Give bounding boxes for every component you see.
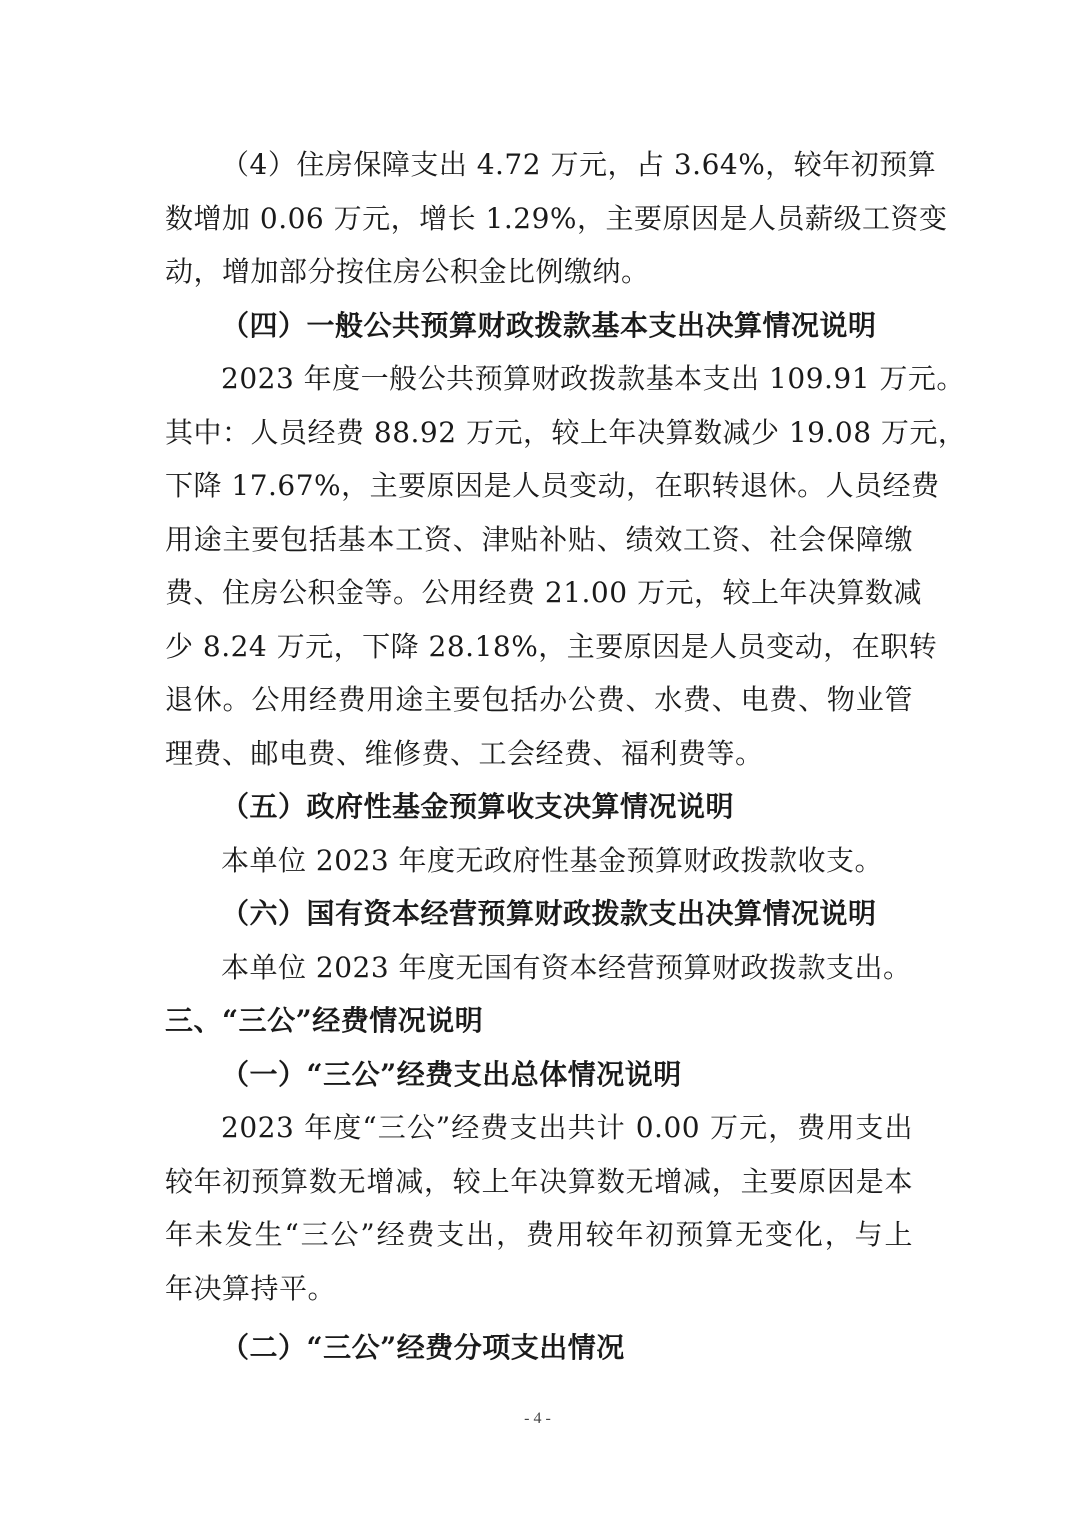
paragraph-three-public-overall: 2023 年度“三公”经费支出共计 0.00 万元，费用支出 较年初预算数无增减…: [165, 1101, 913, 1315]
text-line: 费、住房公积金等。公用经费 21.00 万元，较上年决算数减: [165, 566, 913, 620]
text-line: 下降 17.67%，主要原因是人员变动，在职转退休。人员经费: [165, 459, 913, 513]
text-line: 本单位 2023 年度无国有资本经营预算财政拨款支出。: [165, 941, 913, 995]
section-heading-three-public: 三、“三公”经费情况说明: [165, 994, 913, 1048]
text-line: 理费、邮电费、维修费、工会经费、福利费等。: [165, 727, 913, 781]
text-line: 少 8.24 万元，下降 28.18%，主要原因是人员变动，在职转: [165, 620, 913, 674]
paragraph-state-capital: 本单位 2023 年度无国有资本经营预算财政拨款支出。: [165, 941, 913, 995]
text-line: 其中：人员经费 88.92 万元，较上年决算数减少 19.08 万元，: [165, 406, 913, 460]
text-line: 退休。公用经费用途主要包括办公费、水费、电费、物业管: [165, 673, 913, 727]
text-line: （4）住房保障支出 4.72 万元，占 3.64%，较年初预算: [165, 138, 913, 192]
page-number: - 4 -: [0, 1410, 1075, 1428]
paragraph-housing-expenditure: （4）住房保障支出 4.72 万元，占 3.64%，较年初预算 数增加 0.06…: [165, 138, 913, 299]
text-line: 本单位 2023 年度无政府性基金预算财政拨款收支。: [165, 834, 913, 888]
text-line: 用途主要包括基本工资、津贴补贴、绩效工资、社会保障缴: [165, 513, 913, 567]
text-line: 年未发生“三公”经费支出，费用较年初预算无变化，与上: [165, 1208, 913, 1262]
subheading-state-capital: （六）国有资本经营预算财政拨款支出决算情况说明: [165, 887, 913, 941]
text-line: 2023 年度“三公”经费支出共计 0.00 万元，费用支出: [165, 1101, 913, 1155]
text-line: 年决算持平。: [165, 1262, 913, 1316]
text-line: 动，增加部分按住房公积金比例缴纳。: [165, 245, 913, 299]
document-page: （4）住房保障支出 4.72 万元，占 3.64%，较年初预算 数增加 0.06…: [165, 138, 913, 1375]
text-line: 数增加 0.06 万元，增长 1.29%，主要原因是人员薪级工资变: [165, 192, 913, 246]
subheading-three-public-itemized: （二）“三公”经费分项支出情况: [165, 1321, 913, 1375]
subheading-three-public-overall: （一）“三公”经费支出总体情况说明: [165, 1048, 913, 1102]
subheading-basic-expenditure: （四）一般公共预算财政拨款基本支出决算情况说明: [165, 299, 913, 353]
text-line: 较年初预算数无增减，较上年决算数无增减，主要原因是本: [165, 1155, 913, 1209]
subheading-government-fund: （五）政府性基金预算收支决算情况说明: [165, 780, 913, 834]
paragraph-basic-expenditure: 2023 年度一般公共预算财政拨款基本支出 109.91 万元。 其中：人员经费…: [165, 352, 913, 780]
paragraph-government-fund: 本单位 2023 年度无政府性基金预算财政拨款收支。: [165, 834, 913, 888]
text-line: 2023 年度一般公共预算财政拨款基本支出 109.91 万元。: [165, 352, 913, 406]
